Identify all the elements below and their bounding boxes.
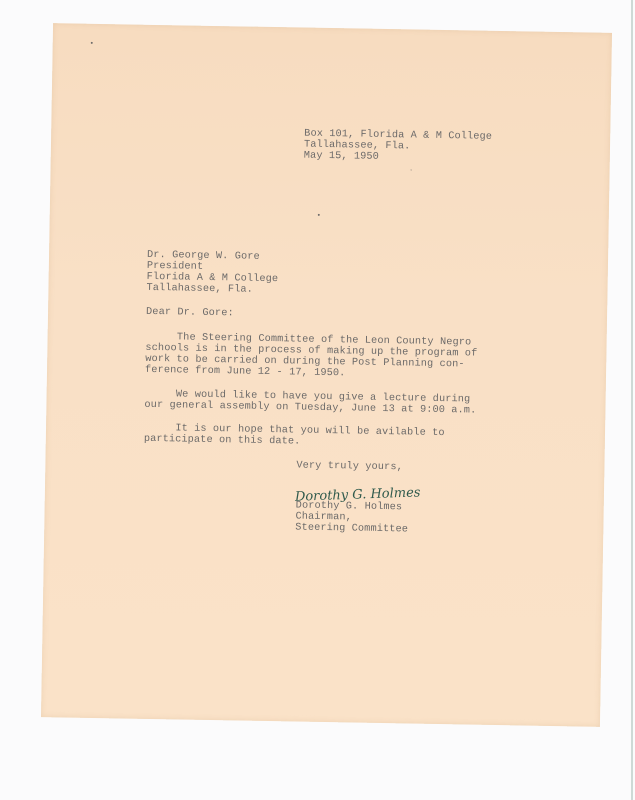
body-line: ference from June 12 - 17, 1950. <box>145 365 346 380</box>
recipient-line: Tallahassee, Fla. <box>146 283 253 296</box>
signature-block: Dorothy G. Holmes Chairman, Steering Com… <box>53 23 612 33</box>
paragraph-2: We would like to have you give a lecture… <box>53 23 612 33</box>
paragraph-1: The Steering Committee of the Leon Count… <box>53 23 612 33</box>
letter-paper: Box 101, Florida A & M College Tallahass… <box>41 23 612 727</box>
closing: Very truly yours, <box>296 460 403 473</box>
paper-speck <box>91 42 93 44</box>
signer-committee: Steering Committee <box>295 522 408 536</box>
sender-address: Box 101, Florida A & M College Tallahass… <box>53 23 612 33</box>
salutation: Dear Dr. Gore: <box>146 307 234 320</box>
paper-speck <box>318 214 320 216</box>
recipient-address: Dr. George W. Gore President Florida A &… <box>53 23 612 33</box>
scan-edge-line <box>631 0 633 800</box>
body-line: participate on this date. <box>144 434 301 448</box>
letter-date: May 15, 1950 <box>304 151 379 164</box>
paper-speck <box>411 169 412 170</box>
paragraph-3: It is our hope that you will be avilable… <box>53 23 612 33</box>
